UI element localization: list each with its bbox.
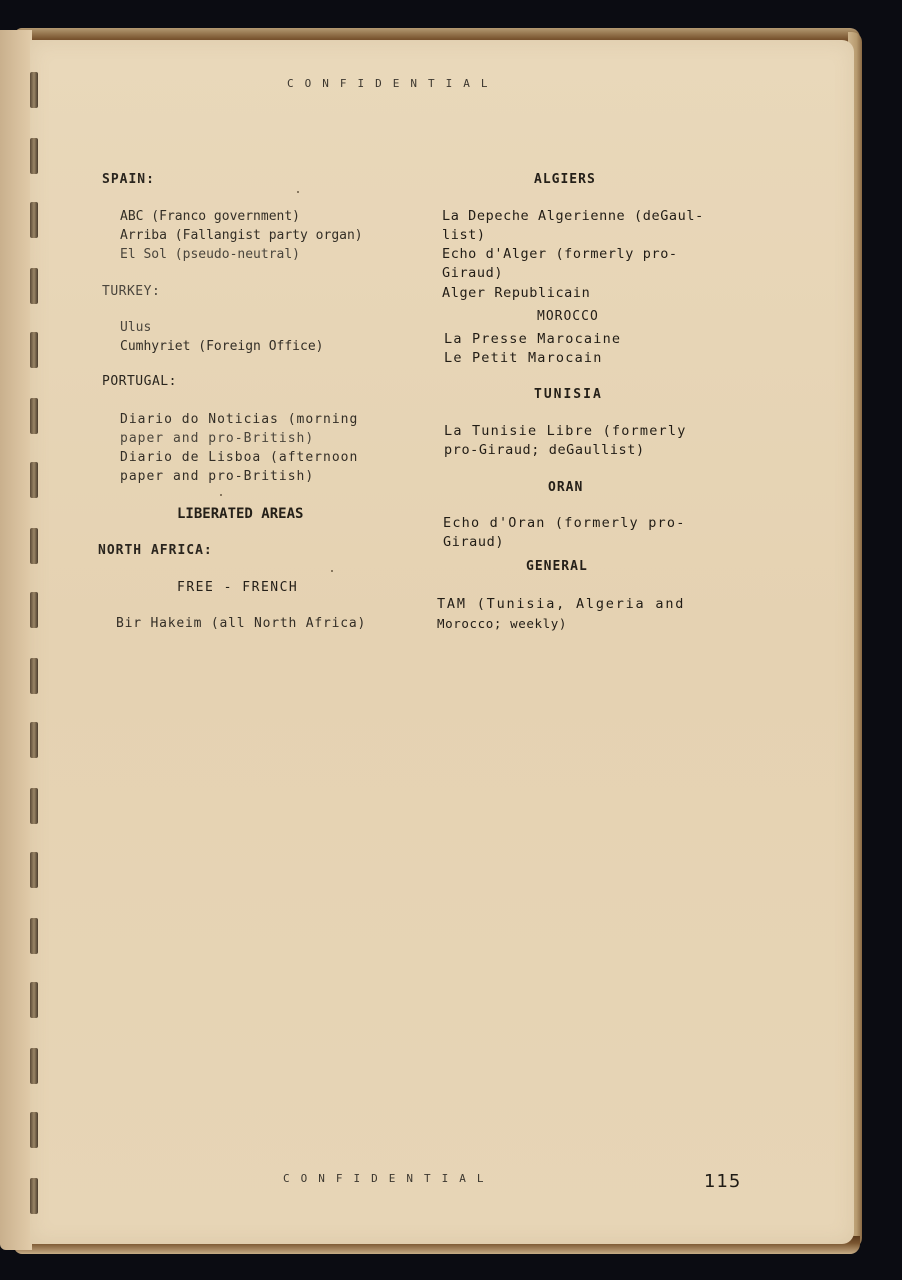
list-item: El Sol (pseudo-neutral) (120, 245, 300, 264)
footer-confidential-mark: CONFIDENTIAL (283, 1172, 494, 1185)
section-heading-liberated-areas: LIBERATED AREAS (177, 506, 303, 522)
list-item: Diario de Lisboa (afternoon (120, 448, 358, 467)
section-label-north-africa: NORTH AFRICA: (98, 543, 213, 558)
binding-ring (30, 72, 38, 108)
section-heading-morocco: MOROCCO (537, 309, 599, 324)
list-item: Le Petit Marocain (444, 349, 603, 368)
binding-ring (30, 332, 38, 368)
section-heading-general: GENERAL (526, 559, 588, 574)
binding-ring (30, 658, 38, 694)
list-item: Bir Hakeim (all North Africa) (116, 614, 366, 633)
list-item: Diario do Noticias (morning (120, 410, 358, 429)
list-item: Echo d'Alger (formerly pro- (442, 245, 678, 264)
list-item: Arriba (Fallangist party organ) (120, 226, 363, 245)
list-item: Alger Republicain (442, 284, 590, 303)
spiral-binding (30, 60, 42, 1240)
list-item: TAM (Tunisia, Algeria and (437, 595, 685, 614)
list-item: Ulus (120, 318, 151, 337)
paper-speck (220, 494, 222, 496)
paper-speck (331, 570, 333, 572)
list-item: La Tunisie Libre (formerly (444, 422, 687, 441)
list-item: Giraud) (442, 264, 503, 283)
binding-ring (30, 462, 38, 498)
binding-ring (30, 398, 38, 434)
list-item: Echo d'Oran (formerly pro- (443, 514, 686, 533)
list-item: Morocco; weekly) (437, 614, 567, 633)
section-label-portugal: PORTUGAL: (102, 374, 177, 389)
section-heading-oran: ORAN (548, 480, 583, 495)
section-label-spain: SPAIN: (102, 172, 155, 187)
list-item: pro-Giraud; deGaullist) (444, 441, 645, 460)
binding-ring (30, 1178, 38, 1214)
binding-ring (30, 982, 38, 1018)
binding-ring (30, 592, 38, 628)
list-item: La Depeche Algerienne (deGaul- (442, 207, 704, 226)
list-item: Giraud) (443, 533, 504, 552)
header-confidential-mark: CONFIDENTIAL (287, 77, 498, 90)
binding-ring (30, 1048, 38, 1084)
list-item: ABC (Franco government) (120, 207, 300, 226)
subheading-free-french: FREE - FRENCH (177, 580, 298, 595)
page-number: 115 (704, 1171, 741, 1192)
section-heading-algiers: ALGIERS (534, 172, 596, 187)
binding-ring (30, 788, 38, 824)
section-label-turkey: TURKEY: (102, 284, 160, 299)
list-item: paper and pro-British) (120, 467, 314, 486)
list-item: La Presse Marocaine (444, 330, 621, 349)
list-item: paper and pro-British) (120, 429, 314, 448)
paper-speck (297, 191, 299, 193)
binding-ring (30, 268, 38, 304)
binding-ring (30, 202, 38, 238)
list-item: list) (442, 226, 486, 245)
binding-ring (30, 1112, 38, 1148)
binding-ring (30, 918, 38, 954)
scanned-document-photo: CONFIDENTIAL SPAIN: ABC (Franco governme… (0, 0, 902, 1280)
binding-ring (30, 722, 38, 758)
facing-page-edge (0, 30, 32, 1250)
binding-ring (30, 852, 38, 888)
binding-ring (30, 528, 38, 564)
section-heading-tunisia: TUNISIA (534, 387, 603, 402)
list-item: Cumhyriet (Foreign Office) (120, 337, 324, 356)
binding-ring (30, 138, 38, 174)
